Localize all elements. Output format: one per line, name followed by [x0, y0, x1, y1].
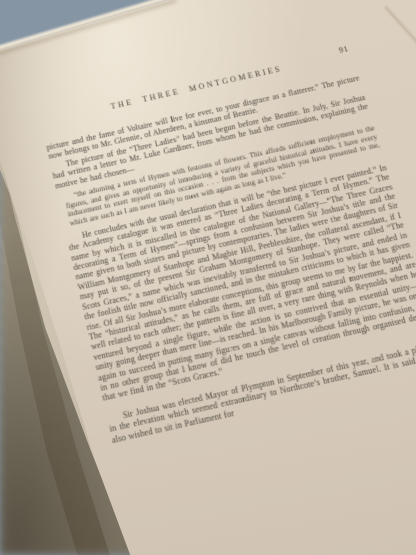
- book-photo: THE THREE MONTGOMERIES 91 picture and th…: [0, 0, 416, 555]
